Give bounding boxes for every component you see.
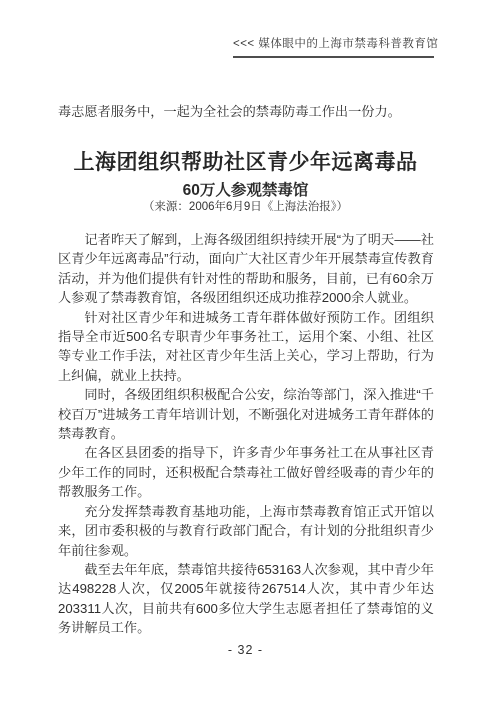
running-head-text: <<< 媒体眼中的上海市禁毒科普教育馆 (233, 38, 438, 50)
article-source: （来源：2006年6月9日《上海法治报》） (0, 198, 491, 214)
paragraph: 记者昨天了解到，上海各级团组织持续开展“为了明天——社区青少年远离毒品”行动，面… (58, 230, 434, 308)
article-body: 记者昨天了解到，上海各级团组织持续开展“为了明天——社区青少年远离毒品”行动，面… (58, 230, 434, 638)
paragraph: 充分发挥禁毒教育基地功能，上海市禁毒教育馆正式开馆以来，团市委积极的与教育行政部… (58, 502, 434, 560)
paragraph: 同时，各级团组织积极配合公安，综治等部门，深入推进“千校百万”进城务工青年培训计… (58, 385, 434, 443)
article-title: 上海团组织帮助社区青少年远离毒品 (0, 146, 491, 176)
running-head: <<< 媒体眼中的上海市禁毒科普教育馆 (233, 34, 434, 58)
page-number: - 32 - (0, 643, 491, 657)
paragraph: 截至去年年底，禁毒馆共接待653163人次参观，其中青少年达498228人次，仅… (58, 560, 434, 638)
intro-continuation-text: 毒志愿者服务中，一起为全社会的禁毒防毒工作出一份力。 (58, 102, 434, 121)
paragraph: 在各区县团委的指导下，许多青少年事务社工在从事社区青少年工作的同时，还积极配合禁… (58, 443, 434, 501)
paragraph: 针对社区青少年和进城务工青年群体做好预防工作。团组织指导全市近500名专职青少年… (58, 308, 434, 386)
document-page: <<< 媒体眼中的上海市禁毒科普教育馆 毒志愿者服务中，一起为全社会的禁毒防毒工… (0, 0, 491, 702)
article-subtitle: 60万人参观禁毒馆 (0, 178, 491, 200)
